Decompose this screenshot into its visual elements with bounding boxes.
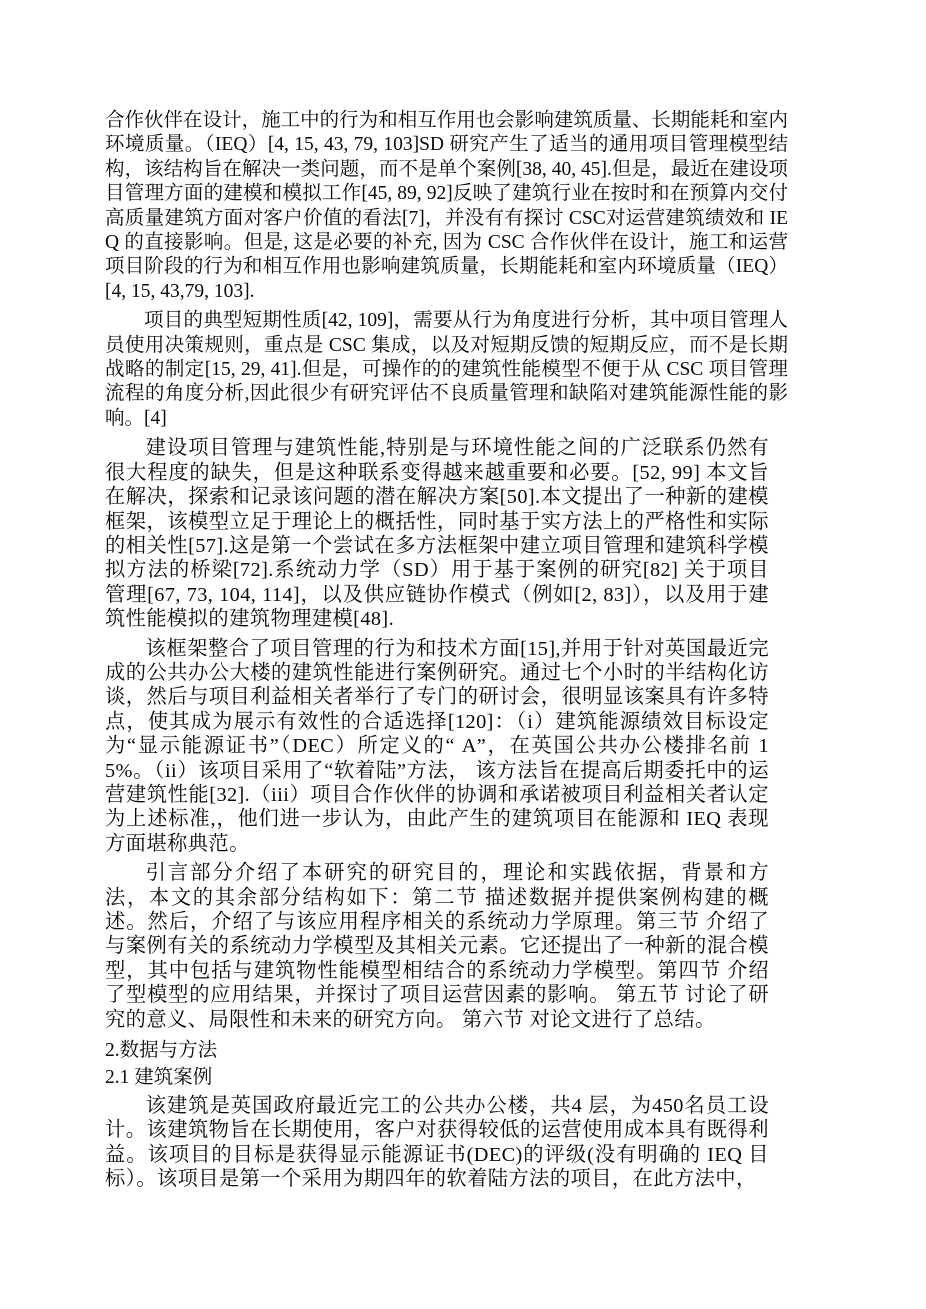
subsection-heading-building-case: 2.1 建筑案例: [105, 1066, 791, 1090]
section-heading-data-and-methods: 2.数据与方法: [105, 1039, 791, 1063]
paragraph-modeling-framework: 建设项目管理与建筑性能,特别是与环境性能之间的广泛联系仍然有很大程度的缺失，但是…: [105, 436, 769, 631]
paragraph-structure-outline: 引言部分介绍了本研究的研究目的，理论和实践依据，背景和方 法，本文的其余部分结构…: [105, 861, 769, 1032]
paragraph-short-term-nature: 项目的典型短期性质[42, 109]，需要从行为角度进行分析，其中项目管理人员使…: [105, 309, 788, 431]
document-page: 合作伙伴在设计，施工中的行为和相互作用也会影响建筑质量、长期能耗和室内环境质量。…: [105, 109, 791, 1191]
paragraph-case-study: 该框架整合了项目管理的行为和技术方面[15],并用于针对英国最近完成的公共办公大…: [105, 637, 769, 857]
paragraph-continuation: 合作伙伴在设计，施工中的行为和相互作用也会影响建筑质量、长期能耗和室内环境质量。…: [105, 109, 788, 304]
paragraph-building-case: 该建筑是英国政府最近完工的公共办公楼，共4 层，为450名员工设计。该建筑物旨在…: [105, 1094, 769, 1192]
